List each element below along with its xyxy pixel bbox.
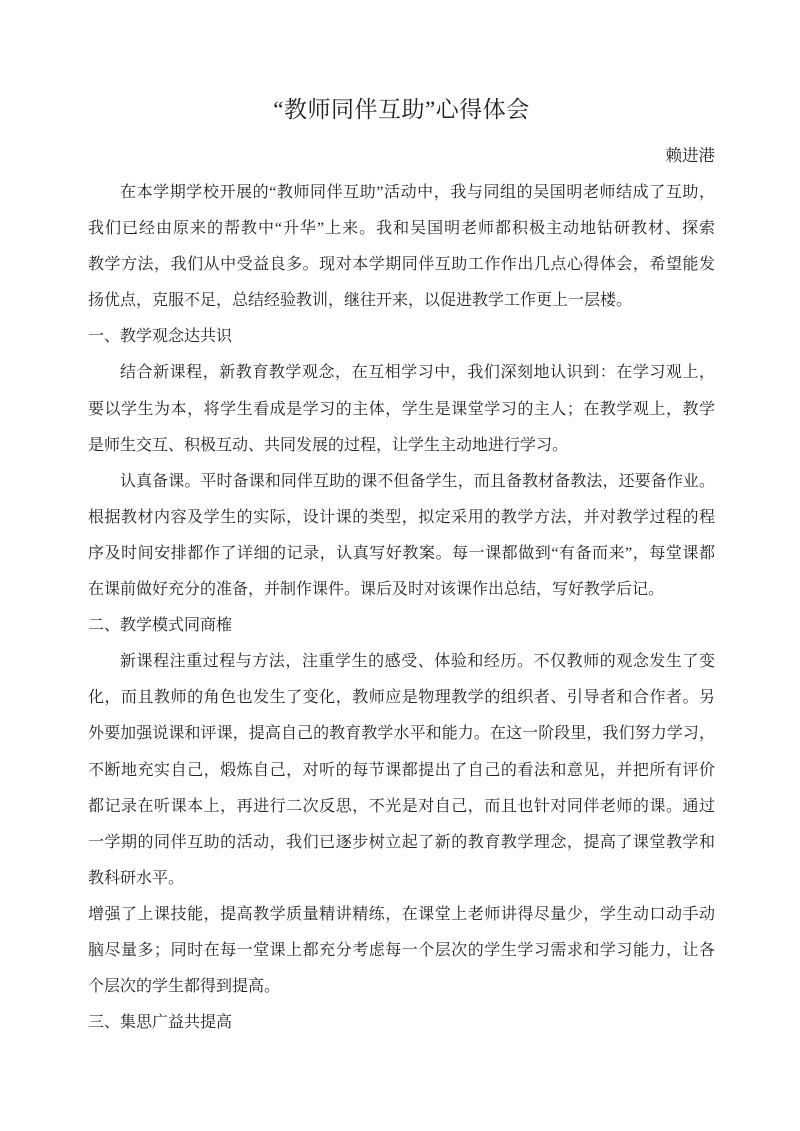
text-line: 根据教材内容及学生的实际，设计课的类型，拟定采用的教学方法，并对教学过程的程 [88,500,715,536]
document-title: “教师同伴互助”心得体会 [88,92,715,128]
text-line: 在课前做好充分的准备，并制作课件。课后及时对该课作出总结，写好教学后记。 [88,572,715,608]
text-line: 化，而且教师的角色也发生了变化，教师应是物理教学的组织者、引导者和合作者。另 [88,680,715,716]
text-line: 一学期的同伴互助的活动，我们已逐步树立起了新的教育教学理念，提高了课堂教学和 [88,825,715,861]
document-page: “教师同伴互助”心得体会 赖进港 在本学期学校开展的“教师同伴互助”活动中，我与… [0,0,800,1131]
text-line: 结合新课程，新教育教学观念，在互相学习中，我们深刻地认识到：在学习观上， [88,355,715,391]
text-line: 不断地充实自己，煅炼自己，对听的每节课都提出了自己的看法和意见，并把所有评价 [88,753,715,789]
text-line: 我们已经由原来的帮教中“升华”上来。我和吴国明老师都积极主动地钻研教材、探索 [88,211,715,247]
document-body: 在本学期学校开展的“教师同伴互助”活动中，我与同组的吴国明老师结成了互助，我们已… [88,175,715,1041]
text-line: 个层次的学生都得到提高。 [88,969,715,1005]
text-line: 教科研水平。 [88,861,715,897]
text-line: 在本学期学校开展的“教师同伴互助”活动中，我与同组的吴国明老师结成了互助， [88,175,715,211]
section-heading: 三、集思广益共提高 [88,1005,715,1041]
text-line: 增强了上课技能，提高教学质量精讲精练，在课堂上老师讲得尽量少，学生动口动手动 [88,897,715,933]
text-line: 扬优点，克服不足，总结经验教训，继往开来，以促进教学工作更上一层楼。 [88,283,715,319]
text-line: 新课程注重过程与方法，注重学生的感受、体验和经历。不仅教师的观念发生了变 [88,644,715,680]
section-heading: 一、教学观念达共识 [88,319,715,355]
text-line: 是师生交互、积极互动、共同发展的过程，让学生主动地进行学习。 [88,428,715,464]
text-line: 教学方法，我们从中受益良多。现对本学期同伴互助工作作出几点心得体会，希望能发 [88,247,715,283]
document-content: “教师同伴互助”心得体会 赖进港 在本学期学校开展的“教师同伴互助”活动中，我与… [88,0,715,1041]
text-line: 脑尽量多；同时在每一堂课上都充分考虑每一个层次的学生学习需求和学习能力，让各 [88,933,715,969]
text-line: 都记录在听课本上，再进行二次反思，不光是对自己，而且也针对同伴老师的课。通过 [88,789,715,825]
text-line: 认真备课。平时备课和同伴互助的课不但备学生，而且备教材备教法，还要备作业。 [88,464,715,500]
author-name: 赖进港 [88,138,715,174]
text-line: 外要加强说课和评课，提高自己的教育教学水平和能力。在这一阶段里，我们努力学习， [88,716,715,752]
section-heading: 二、教学模式同商榷 [88,608,715,644]
text-line: 要以学生为本，将学生看成是学习的主体，学生是课堂学习的主人；在教学观上，教学 [88,392,715,428]
text-line: 序及时间安排都作了详细的记录，认真写好教案。每一课都做到“有备而来”，每堂课都 [88,536,715,572]
